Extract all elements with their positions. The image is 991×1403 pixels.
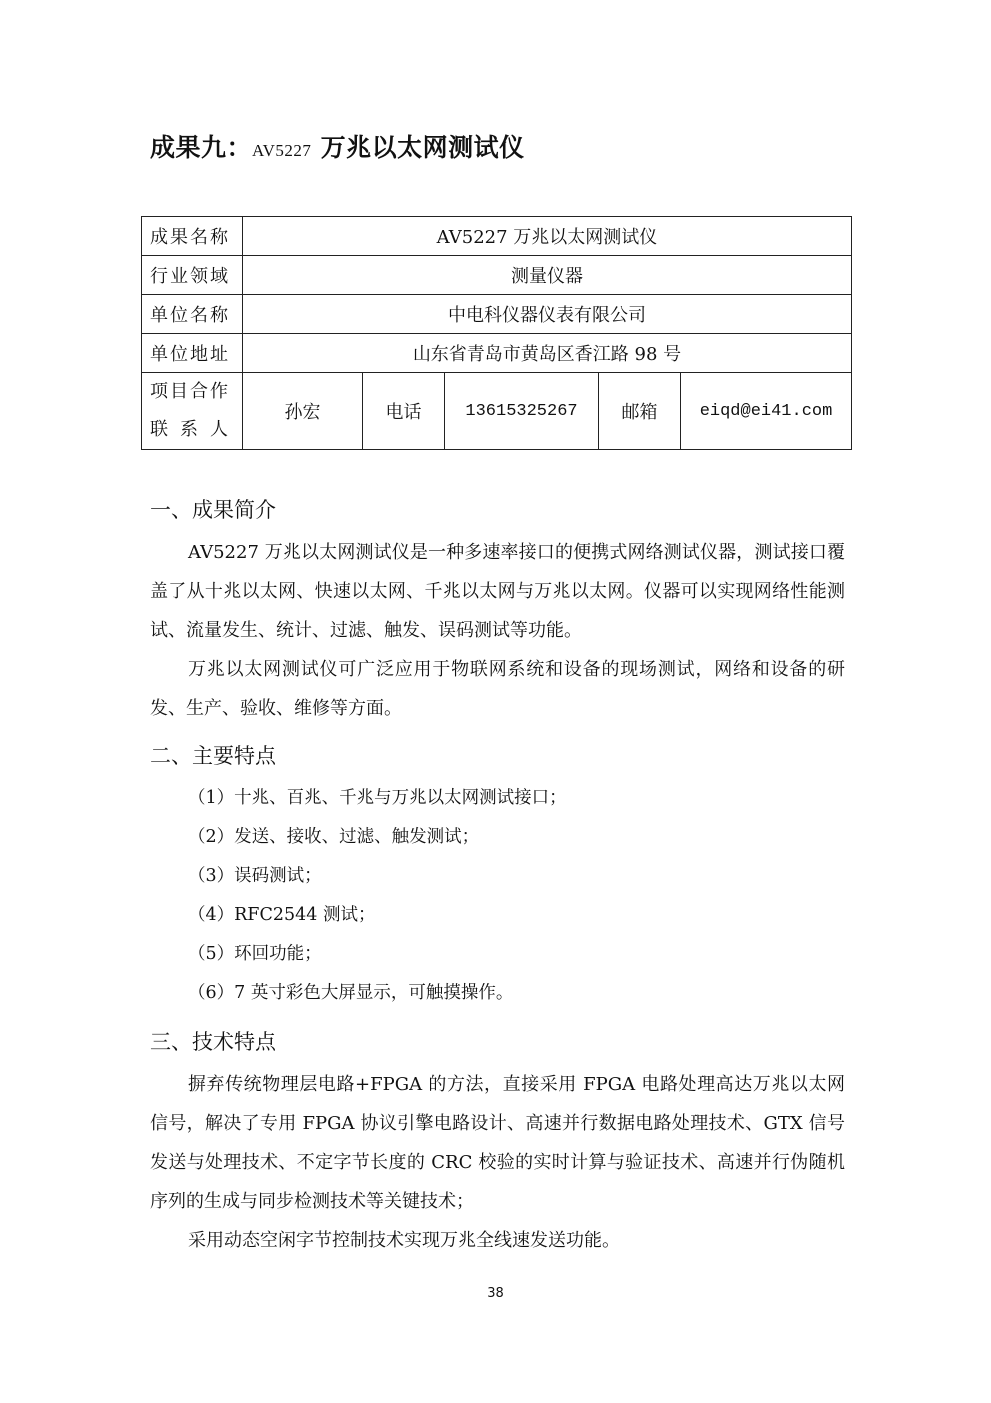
section-heading-intro: 一、成果简介	[150, 494, 276, 524]
list-item: （5）环回功能；	[188, 935, 567, 974]
row-value: 中电科仪器仪表有限公司	[243, 295, 852, 334]
row-label: 单位地址	[142, 334, 243, 373]
row-label: 行业领域	[142, 256, 243, 295]
title-model: AV5227	[252, 141, 311, 160]
list-item: （6）7 英寸彩色大屏显示，可触摸操作。	[188, 974, 567, 1013]
list-item: （3）误码测试；	[188, 857, 567, 896]
email-value: eiqd@ei41.com	[681, 373, 852, 450]
page-number: 38	[0, 1286, 991, 1301]
row-value: 山东省青岛市黄岛区香江路 98 号	[243, 334, 852, 373]
contact-label-line2: 联系人	[150, 411, 242, 449]
features-list: （1）十兆、百兆、千兆与万兆以太网测试接口； （2）发送、接收、过滤、触发测试；…	[188, 779, 567, 1013]
intro-paragraph-2: 万兆以太网测试仪可广泛应用于物联网系统和设备的现场测试，网络和设备的研发、生产、…	[150, 650, 845, 728]
table-row: 行业领域 测量仪器	[142, 256, 852, 295]
section-heading-tech: 三、技术特点	[150, 1026, 276, 1056]
contact-label-line1: 项目合作	[150, 373, 242, 411]
title-prefix: 成果九：	[150, 133, 252, 162]
list-item: （1）十兆、百兆、千兆与万兆以太网测试接口；	[188, 779, 567, 818]
row-label: 成果名称	[142, 217, 243, 256]
contact-row: 项目合作 联系人 孙宏 电话 13615325267 邮箱 eiqd@ei41.…	[142, 373, 852, 450]
title-name: 万兆以太网测试仪	[311, 133, 524, 162]
contact-label: 项目合作 联系人	[142, 373, 243, 450]
phone-value: 13615325267	[445, 373, 599, 450]
list-item: （4）RFC2544 测试；	[188, 896, 567, 935]
contact-name: 孙宏	[243, 373, 363, 450]
tech-paragraph-2: 采用动态空闲字节控制技术实现万兆全线速发送功能。	[150, 1221, 845, 1260]
row-label: 单位名称	[142, 295, 243, 334]
list-item: （2）发送、接收、过滤、触发测试；	[188, 818, 567, 857]
row-value: 测量仪器	[243, 256, 852, 295]
tech-paragraph-1: 摒弃传统物理层电路+FPGA 的方法，直接采用 FPGA 电路处理高达万兆以太网…	[150, 1065, 845, 1221]
row-value: AV5227 万兆以太网测试仪	[243, 217, 852, 256]
intro-paragraph-1: AV5227 万兆以太网测试仪是一种多速率接口的便携式网络测试仪器，测试接口覆盖…	[150, 533, 845, 650]
table-row: 单位名称 中电科仪器仪表有限公司	[142, 295, 852, 334]
table-row: 单位地址 山东省青岛市黄岛区香江路 98 号	[142, 334, 852, 373]
page-title: 成果九：AV5227 万兆以太网测试仪	[150, 128, 525, 164]
phone-label: 电话	[363, 373, 445, 450]
table-row: 成果名称 AV5227 万兆以太网测试仪	[142, 217, 852, 256]
section-heading-features: 二、主要特点	[150, 740, 276, 770]
info-table: 成果名称 AV5227 万兆以太网测试仪 行业领域 测量仪器 单位名称 中电科仪…	[141, 216, 852, 450]
email-label: 邮箱	[599, 373, 681, 450]
